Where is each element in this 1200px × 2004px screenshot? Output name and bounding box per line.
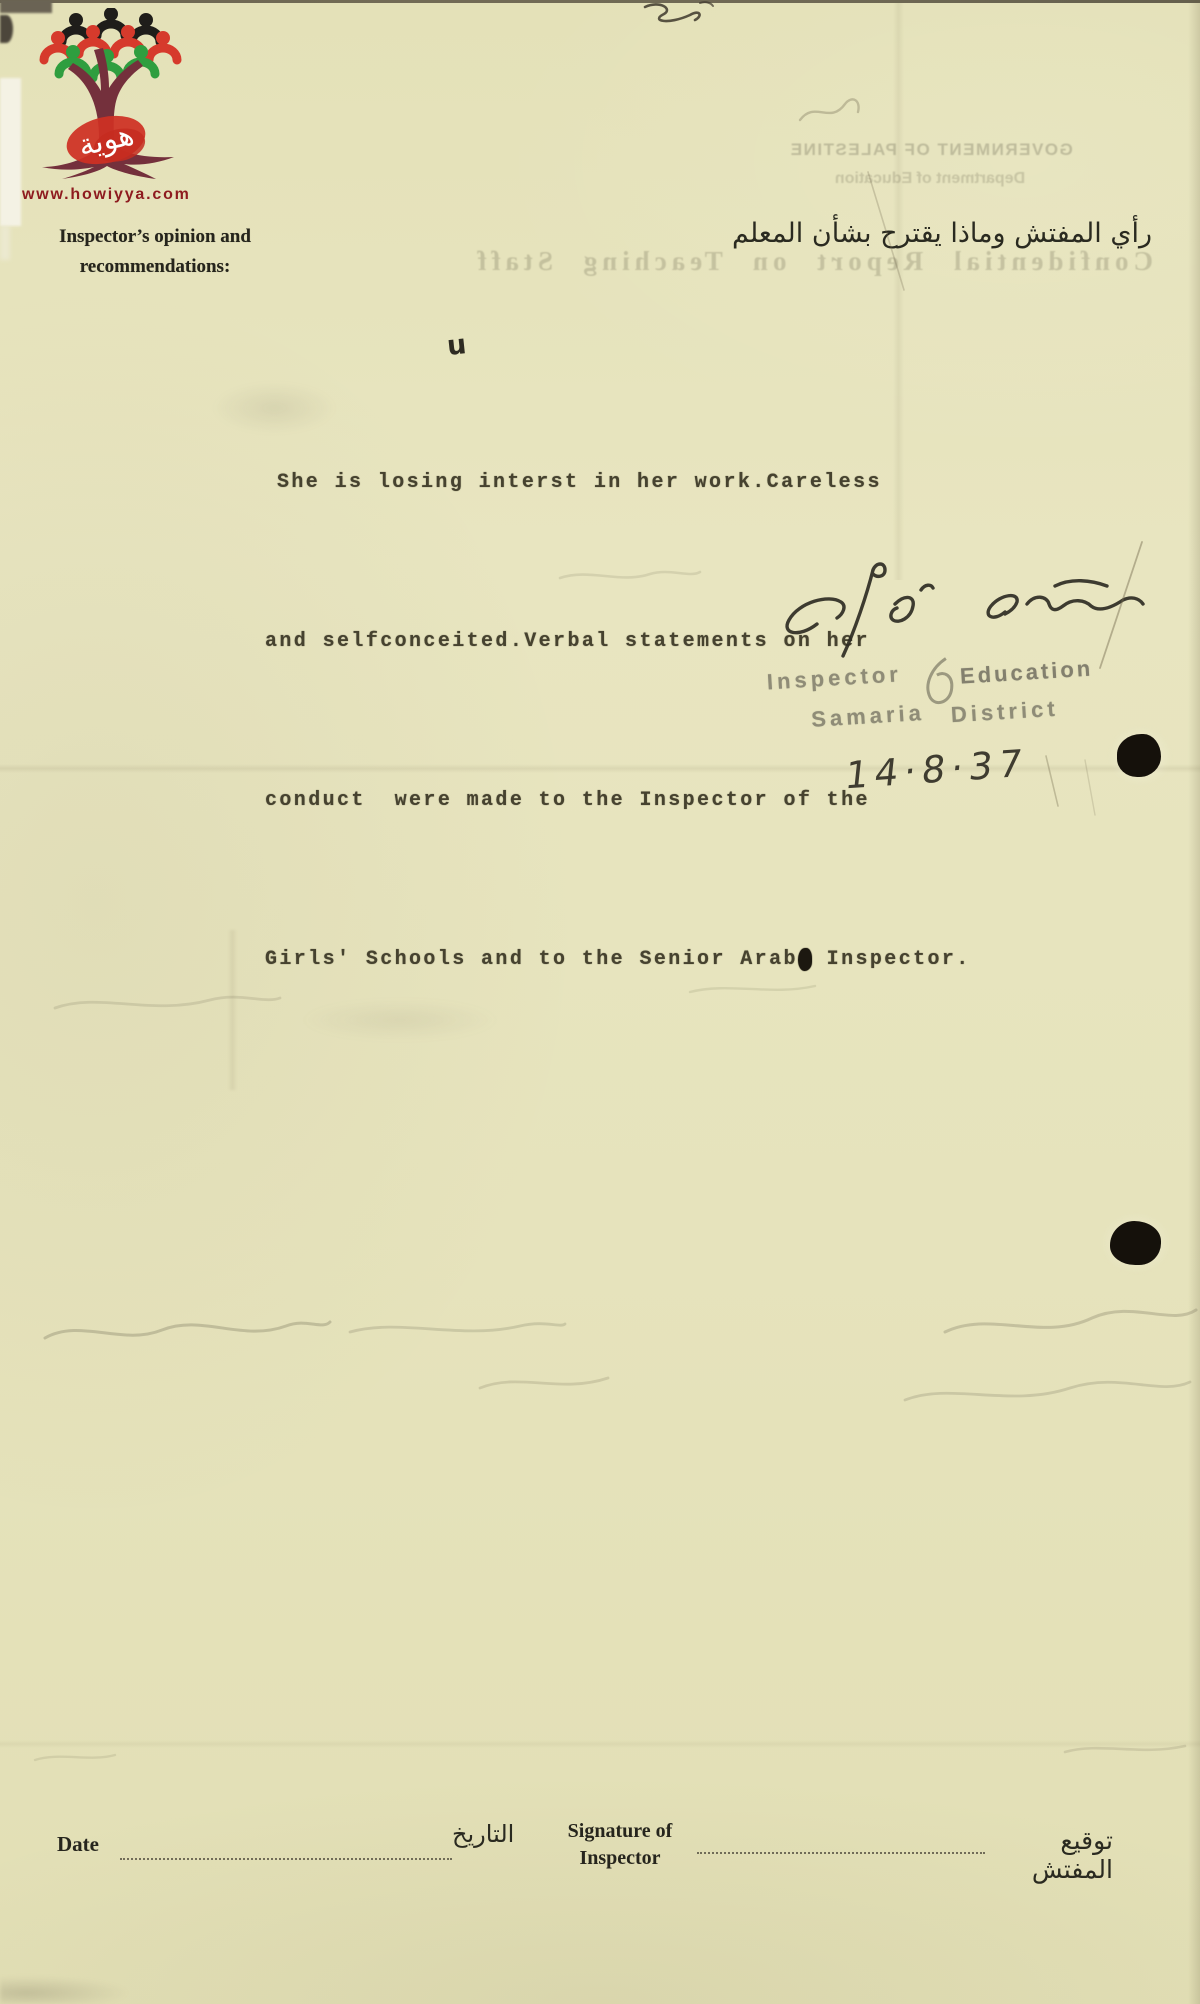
horizontal-fold-crease bbox=[0, 1740, 1200, 1748]
signature-label-arabic: توقيع المفتش bbox=[985, 1826, 1113, 1884]
inspector-opinion-heading-line1: Inspector’s opinion and bbox=[42, 222, 268, 252]
ink-blot: ● bbox=[798, 948, 812, 971]
signature-fill-in-line bbox=[697, 1852, 985, 1854]
howiyya-tree-logo-icon: هوية bbox=[28, 8, 186, 184]
signature-label-line2: Inspector bbox=[550, 1845, 690, 1872]
hole-punch bbox=[1117, 734, 1161, 777]
stamp-of-loop-icon bbox=[914, 654, 959, 714]
scan-top-edge bbox=[0, 0, 1200, 3]
bleedthrough-report-title: Confidential Report on Teaching Staff bbox=[228, 246, 1153, 277]
signature-label: Signature of Inspector bbox=[550, 1818, 690, 1872]
date-fill-in-line bbox=[120, 1858, 452, 1860]
howiyya-logo: هوية www.howiyya.com bbox=[28, 8, 228, 202]
inspector-opinion-heading-arabic: رأي المفتش وماذا يقترح بشأن المعلم bbox=[700, 218, 1152, 249]
document-scan: GOVERNMENT OF PALESTINE Department of Ed… bbox=[0, 0, 1200, 2004]
scan-left-tear-small bbox=[0, 226, 10, 260]
vertical-fold-crease bbox=[228, 930, 237, 1090]
bleedthrough-department-line: Department of Education bbox=[775, 170, 1085, 188]
scan-left-tear bbox=[0, 78, 21, 226]
handwritten-insertion-mark: u bbox=[445, 329, 467, 362]
signature-label-line1: Signature of bbox=[550, 1818, 690, 1845]
typed-line: and selfconceited.Verbal statements on h… bbox=[265, 615, 995, 668]
typed-line: She is losing interst in her work.Carele… bbox=[265, 456, 995, 509]
hole-punch bbox=[1110, 1221, 1161, 1265]
date-label: Date bbox=[57, 1832, 99, 1857]
stamp-word-inspector: Inspector bbox=[766, 661, 903, 701]
watermark-url: www.howiyya.com bbox=[22, 186, 222, 204]
scan-right-shadow bbox=[1188, 0, 1200, 2004]
typed-line4-prefix: Girls' Schools and to the Senior Arab bbox=[265, 948, 798, 971]
typed-line4-suffix: Inspector. bbox=[812, 948, 970, 971]
bleedthrough-government-line: GOVERNMENT OF PALESTINE bbox=[758, 140, 1104, 160]
stamp-word-education: Education bbox=[959, 656, 1094, 690]
date-label-arabic: التاريخ bbox=[452, 1820, 524, 1848]
scan-corner-blob bbox=[0, 15, 13, 43]
inspector-opinion-heading-line2: recommendations: bbox=[42, 252, 268, 282]
scan-bottom-smudge bbox=[0, 1976, 130, 2004]
typed-line: Girls' Schools and to the Senior Arab● I… bbox=[265, 933, 995, 986]
inspector-opinion-heading: Inspector’s opinion and recommendations: bbox=[42, 222, 268, 282]
stamp-word-district: District bbox=[950, 696, 1059, 729]
